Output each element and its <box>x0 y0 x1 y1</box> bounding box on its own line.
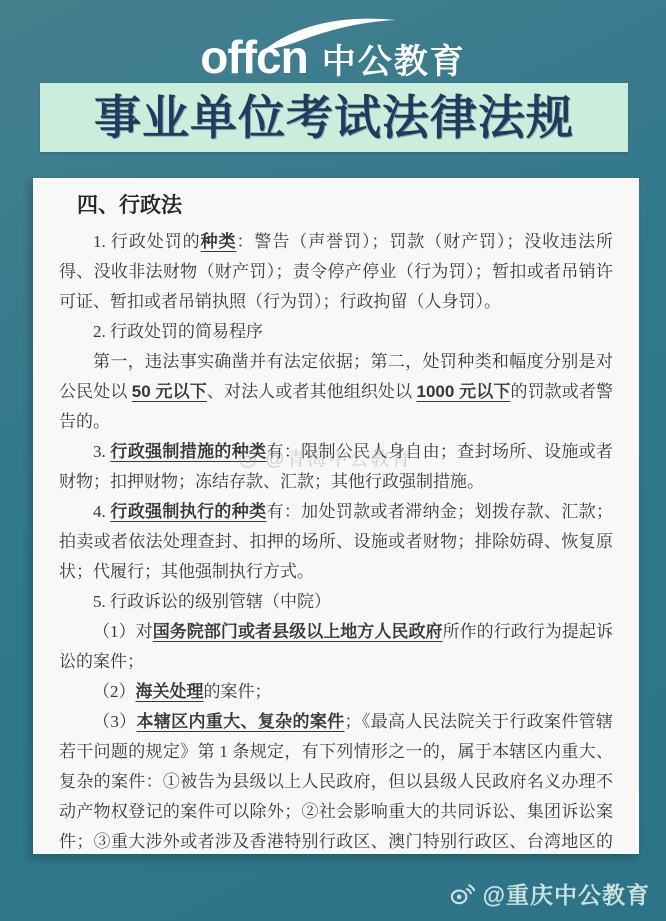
paragraph-penalty-types: 1. 行政处罚的种类：警告（声誉罚）；罚款（财产罚）；没收违法所得、没收非法财物… <box>59 227 613 317</box>
header: offcn 中公教育 <box>0 8 666 80</box>
paragraph-item-1: （1）对国务院部门或者县级以上地方人民政府所作的行政行为提起诉讼的案件； <box>59 617 613 677</box>
bottom-watermark-text: @重庆中公教育 <box>483 877 650 910</box>
paragraph-summary-procedure: 2. 行政处罚的简易程序 <box>59 317 613 347</box>
document-body: 1. 行政处罚的种类：警告（声誉罚）；罚款（财产罚）；没收违法所得、没收非法财物… <box>59 227 613 854</box>
title-banner: 事业单位考试法律法规 <box>40 83 628 152</box>
paragraph-procedure-detail: 第一，违法事实确凿并有法定依据；第二，处罚种类和幅度分别是对公民处以 50 元以… <box>59 347 613 437</box>
page-title: 事业单位考试法律法规 <box>94 94 574 141</box>
poster-background: { "meta": { "colors": { "background_teal… <box>0 0 666 921</box>
bottom-watermark: @重庆中公教育 <box>449 877 650 910</box>
paragraph-item-3: （3）本辖区内重大、复杂的案件；《最高人民法院关于行政案件管辖若干问题的规定》第… <box>59 707 613 854</box>
paragraph-item-2: （2）海关处理的案件； <box>59 677 613 707</box>
paragraph-jurisdiction: 5. 行政诉讼的级别管辖（中院） <box>59 587 613 617</box>
offcn-swoosh-icon <box>262 18 400 54</box>
weibo-icon <box>449 880 476 907</box>
offcn-logo: offcn 中公教育 <box>200 34 465 80</box>
paragraph-coercive-execution: 4. 行政强制执行的种类有：加处罚款或者滞纳金；划拨存款、汇款；拍卖或者依法处理… <box>59 497 613 587</box>
paragraph-coercive-measures: 3. 行政强制措施的种类有：限制公民人身自由；查封场所、设施或者财物；扣押财物；… <box>59 437 613 497</box>
section-title: 四、行政法 <box>77 188 613 224</box>
document-card: 四、行政法 1. 行政处罚的种类：警告（声誉罚）；罚款（财产罚）；没收违法所得、… <box>33 178 639 854</box>
